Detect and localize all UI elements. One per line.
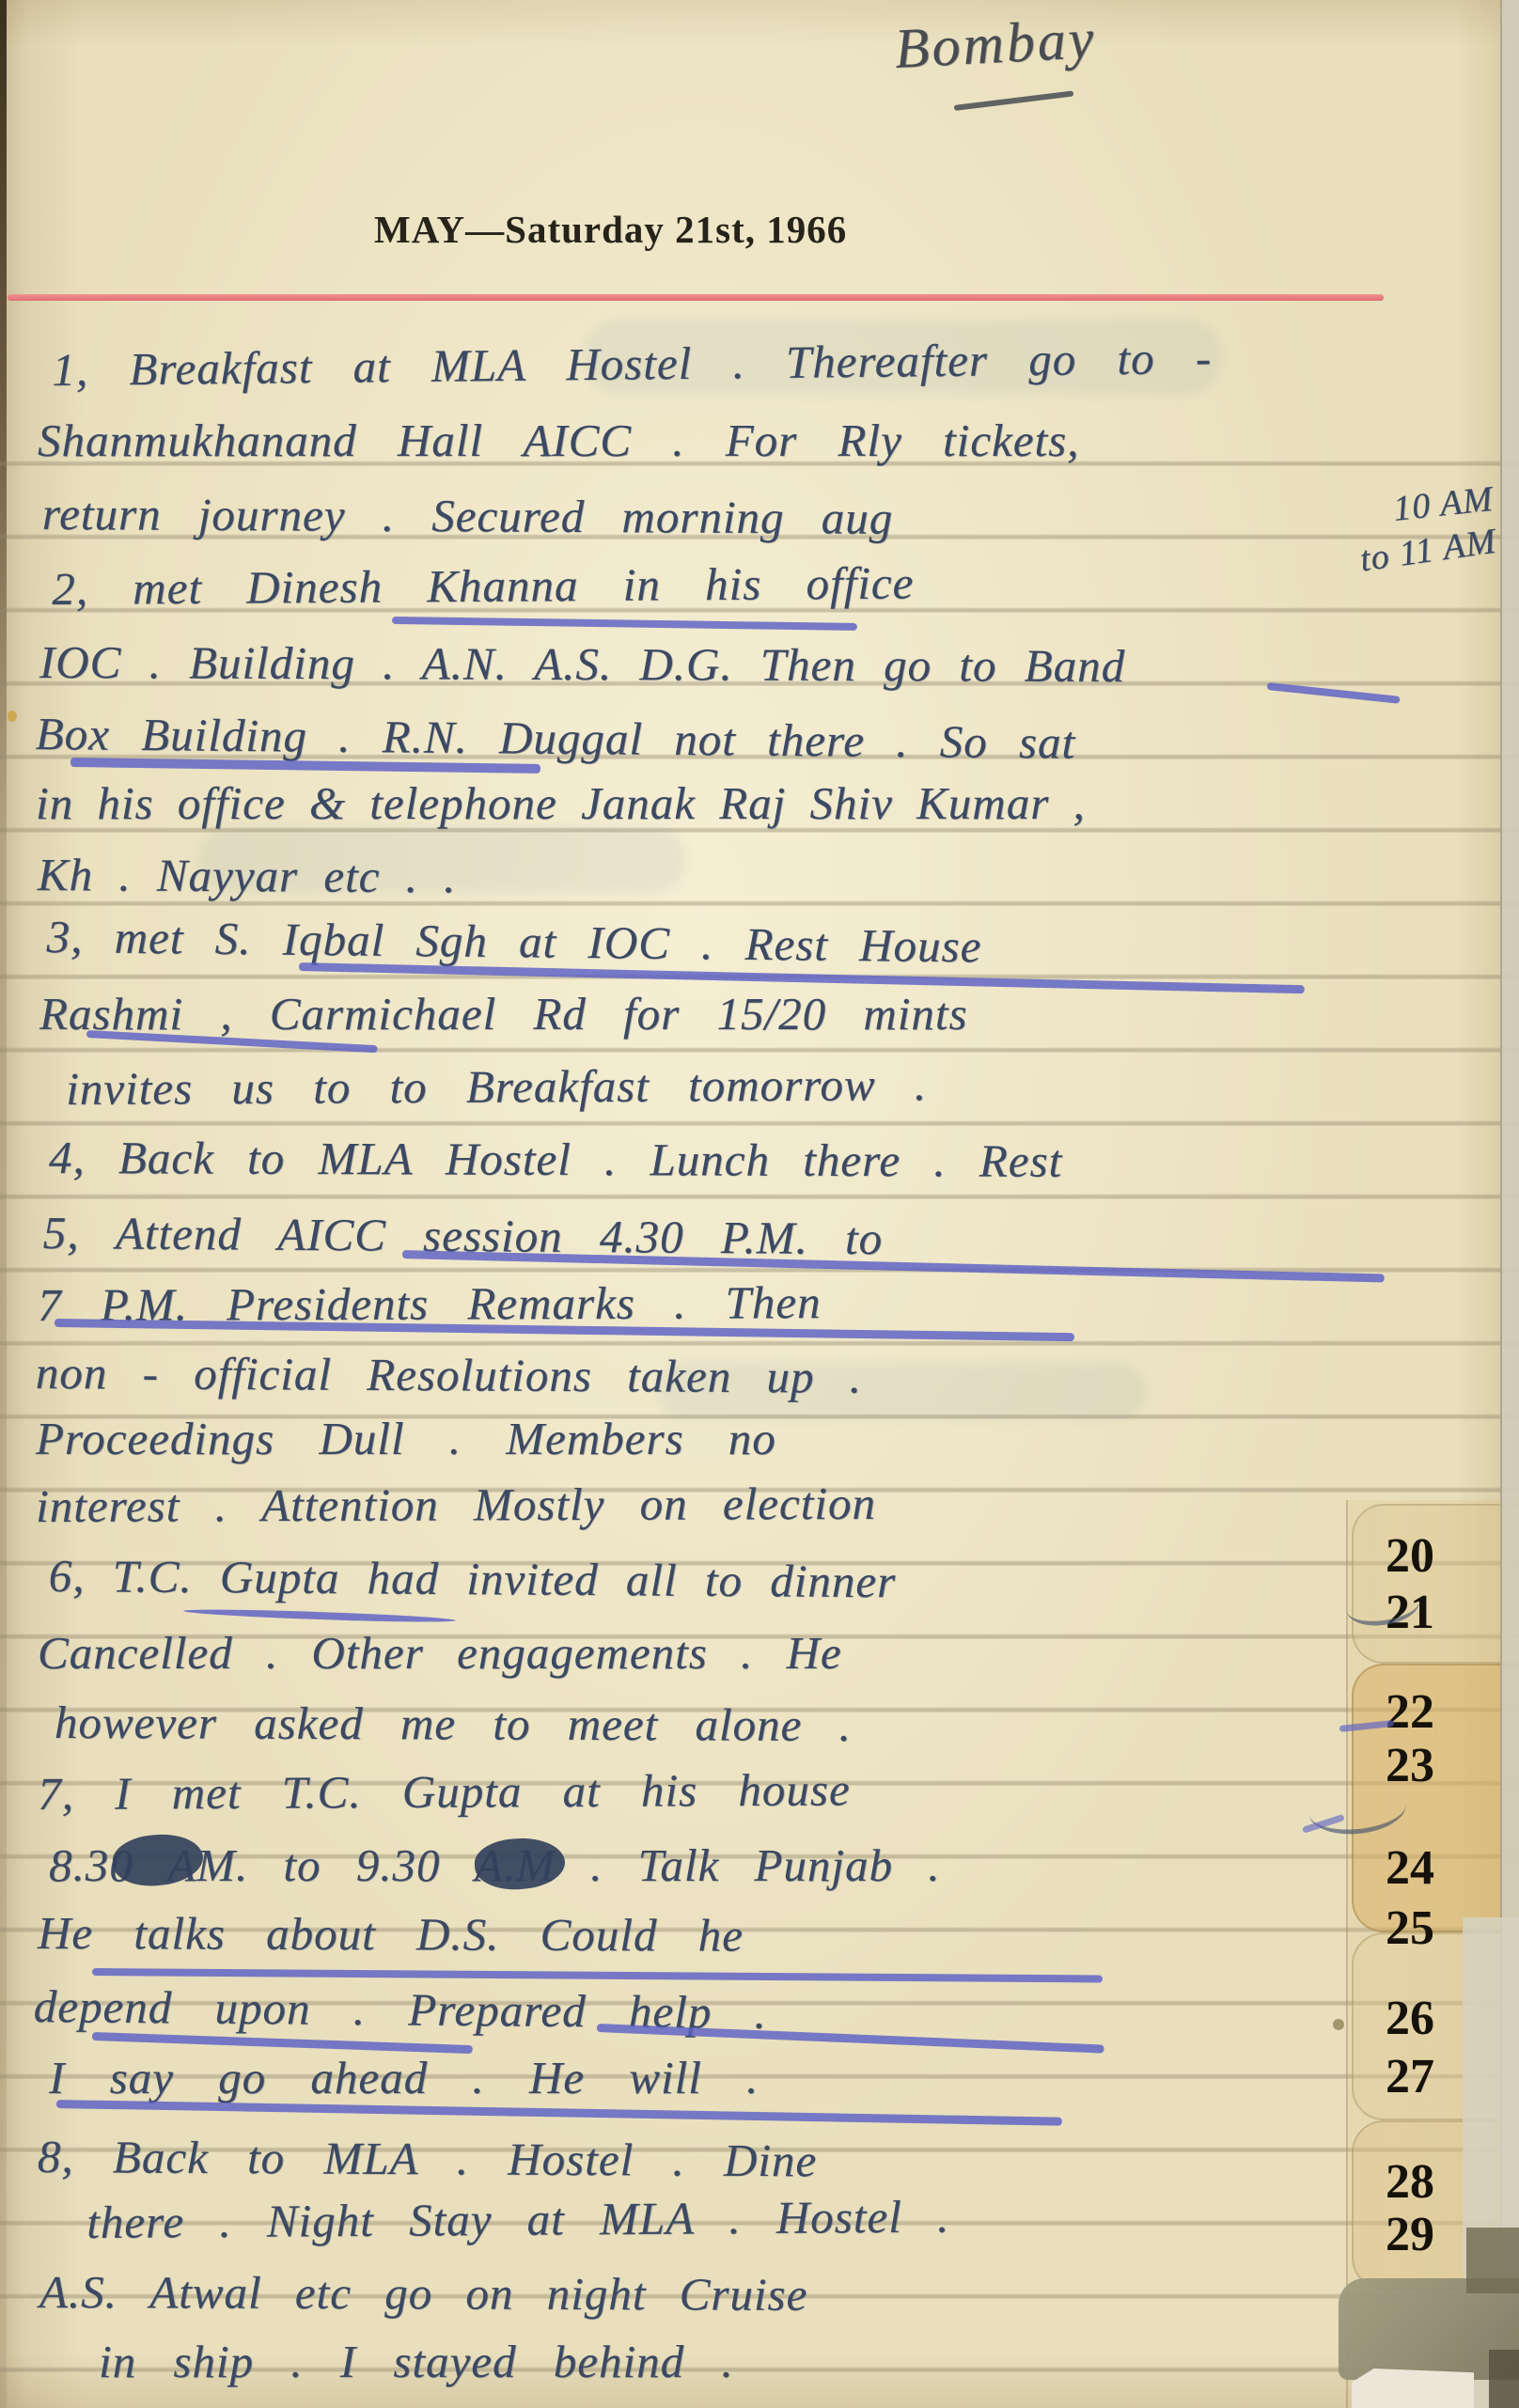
paper-stain [8, 711, 17, 722]
diary-line-10: Rashmi , Carmichael Rd for 15/20 mints [39, 987, 968, 1040]
binding-edge [0, 0, 7, 2408]
tab-number-29[interactable]: 29 [1370, 2211, 1449, 2259]
tab-number-22[interactable]: 22 [1370, 1688, 1449, 1737]
diary-line-21: 7, I met T.C. Gupta at his house [38, 1762, 851, 1821]
paper-stain [1333, 2019, 1344, 2030]
corner-tape-dark [1489, 2350, 1519, 2408]
diary-line-5: IOC . Building . A.N. A.S. D.G. Then go … [39, 635, 1125, 693]
diary-line-8: Kh . Nayyar etc . . [38, 848, 457, 903]
tab-number-28[interactable]: 28 [1370, 2158, 1449, 2207]
underline-band [1267, 682, 1401, 704]
diary-line-20: however asked me to meet alone . [55, 1696, 852, 1752]
diary-line-27: there . Night Stay at MLA . Hostel . [86, 2190, 949, 2249]
diary-line-3: return journey . Secured morning aug [42, 487, 894, 545]
tab-number-25[interactable]: 25 [1370, 1904, 1449, 1953]
tab-number-27[interactable]: 27 [1370, 2053, 1449, 2102]
location-underline [954, 90, 1074, 111]
diary-line-26: 8, Back to MLA . Hostel . Dine [38, 2130, 818, 2187]
date-divider-rule [8, 294, 1384, 301]
diary-line-7: in his office & telephone Janak Raj Shiv… [36, 776, 1086, 830]
diary-line-23: He talks about D.S. Could he [38, 1906, 744, 1962]
tab-number-23[interactable]: 23 [1370, 1742, 1449, 1790]
diary-line-11: invites us to to Breakfast tomorrow . [66, 1057, 927, 1116]
diary-line-12: 4, Back to MLA Hostel . Lunch there . Re… [49, 1131, 1063, 1188]
diary-line-19: Cancelled . Other engagements . He [38, 1626, 842, 1680]
tab-number-26[interactable]: 26 [1370, 1994, 1449, 2043]
diary-line-18: 6, T.C. Gupta had invited all to dinner [49, 1549, 897, 1608]
chipped-paper [1352, 2369, 1474, 2408]
tape-patch-dark [1466, 2228, 1519, 2293]
diary-line-17: interest . Attention Mostly on election [36, 1477, 876, 1533]
diary-line-15: non - official Resolutions taken up . [36, 1346, 862, 1404]
diary-line-28: A.S. Atwal etc go on night Cruise [39, 2265, 808, 2322]
tab-card-20-21 [1352, 1504, 1519, 1664]
margin-note-line-2: to 11 AM [1357, 521, 1499, 581]
diary-line-4: 2, met Dinesh Khanna in his office [52, 556, 915, 616]
underline-dinesh-khanna [392, 617, 857, 631]
printed-date-header: MAY—Saturday 21st, 1966 [374, 207, 847, 252]
diary-line-9: 3, met S. Iqbal Sgh at IOC . Rest House [46, 910, 981, 973]
underline-gupta [183, 1607, 456, 1624]
location-note: Bombay [893, 7, 1098, 82]
diary-line-29: in ship . I stayed behind . [99, 2335, 734, 2388]
diary-page: Bombay MAY—Saturday 21st, 1966 1, Breakf… [0, 0, 1519, 2408]
diary-line-25: I say go ahead . He will . [49, 2051, 759, 2104]
tab-number-20[interactable]: 20 [1370, 1532, 1449, 1581]
diary-line-2: Shanmukhanand Hall AICC . For Rly ticket… [38, 414, 1079, 467]
diary-line-16: Proceedings Dull . Members no [36, 1412, 776, 1465]
tab-number-24[interactable]: 24 [1370, 1844, 1449, 1893]
